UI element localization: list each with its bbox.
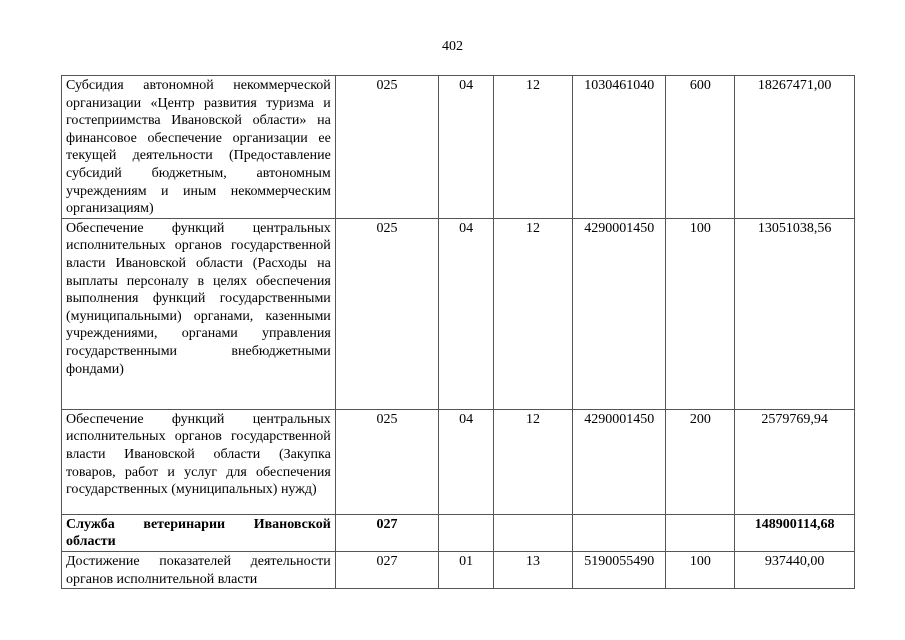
table-row: Обеспечение функций центральных исполнит… [62,409,855,514]
row-ministry-code: 025 [335,409,438,514]
row-section: 04 [439,409,494,514]
row-subsection [493,514,572,551]
row-target-article: 5190055490 [573,551,666,588]
row-amount: 2579769,94 [735,409,855,514]
row-section: 04 [439,218,494,409]
row-subsection: 13 [493,551,572,588]
row-description: Служба ветеринарии Ивановской области [62,514,336,551]
row-expense-type: 200 [666,409,735,514]
table-row: Обеспечение функций центральных исполнит… [62,218,855,409]
row-description: Субсидия автономной некоммерческой орган… [62,76,336,219]
row-amount: 13051038,56 [735,218,855,409]
row-subsection: 12 [493,409,572,514]
row-ministry-code: 027 [335,514,438,551]
row-expense-type: 600 [666,76,735,219]
row-description: Обеспечение функций центральных исполнит… [62,218,336,409]
row-target-article: 4290001450 [573,409,666,514]
row-ministry-code: 025 [335,76,438,219]
row-amount: 18267471,00 [735,76,855,219]
row-description: Достижение показателей деятельности орга… [62,551,336,588]
row-ministry-code: 025 [335,218,438,409]
row-section: 01 [439,551,494,588]
page-number: 402 [0,39,905,55]
row-amount: 148900114,68 [735,514,855,551]
table-row: Достижение показателей деятельности орга… [62,551,855,588]
row-expense-type: 100 [666,218,735,409]
table-row-section-total: Служба ветеринарии Ивановской области 02… [62,514,855,551]
table-row: Субсидия автономной некоммерческой орган… [62,76,855,219]
row-amount: 937440,00 [735,551,855,588]
row-description: Обеспечение функций центральных исполнит… [62,409,336,514]
row-section: 04 [439,76,494,219]
row-section [439,514,494,551]
row-target-article: 1030461040 [573,76,666,219]
row-subsection: 12 [493,218,572,409]
row-target-article [573,514,666,551]
row-subsection: 12 [493,76,572,219]
row-expense-type: 100 [666,551,735,588]
row-expense-type [666,514,735,551]
row-ministry-code: 027 [335,551,438,588]
row-target-article: 4290001450 [573,218,666,409]
budget-table: Субсидия автономной некоммерческой орган… [61,75,855,589]
